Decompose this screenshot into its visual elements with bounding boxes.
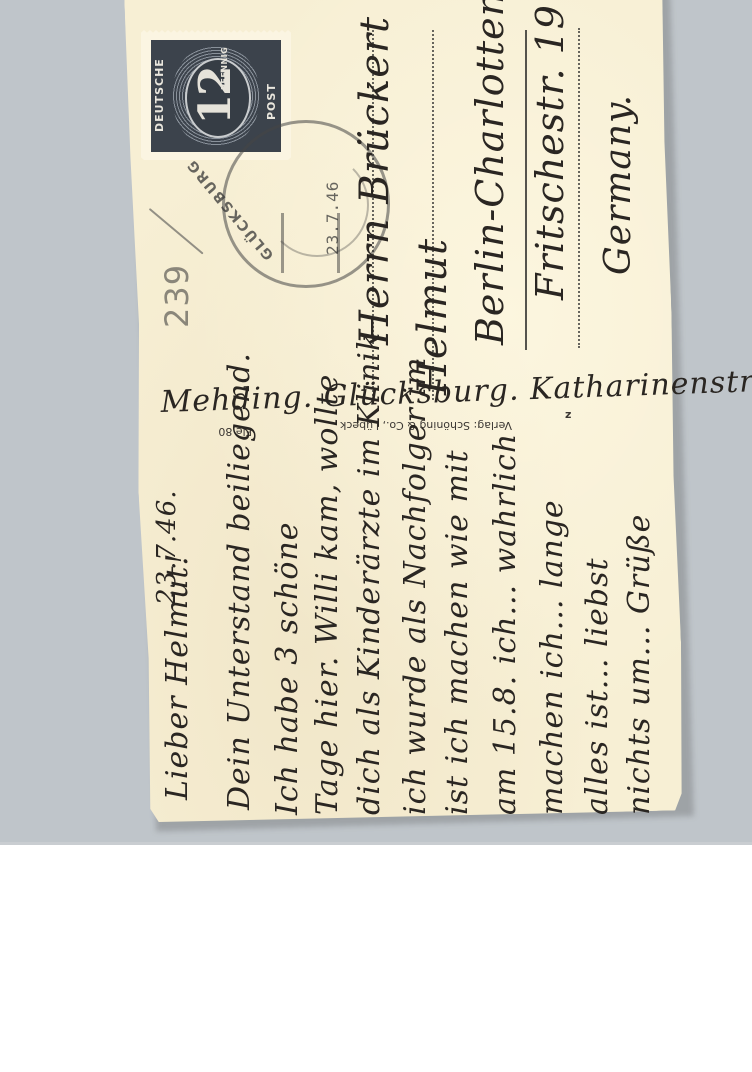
postmark-bar <box>281 213 284 273</box>
address-line-country: Germany. <box>598 94 639 275</box>
message-line: Lieber Helmut! <box>160 553 195 801</box>
message-line: Dein Unterstand beiliegend. <box>222 352 257 810</box>
message-line: ist ich machen wie mit <box>440 449 475 815</box>
message-line: Tage hier. Willi kam, wollte <box>310 374 345 815</box>
address-underline <box>525 30 527 350</box>
printed-mark: z <box>565 408 571 421</box>
stamp-post-text: POST <box>265 83 278 120</box>
address-rule <box>578 28 580 348</box>
stamp-unit: PFENNIG <box>220 47 229 90</box>
address-line-city: Berlin-Charlottenburg 5 <box>468 0 512 345</box>
pencil-number: 239 <box>158 264 196 328</box>
message-line: nichts um... Grüße <box>622 514 657 815</box>
address-line-name: Herrn Brückert <box>352 16 398 345</box>
message-line: am 15.8. ich... wahrlich <box>488 433 523 815</box>
message-line: alles ist... liebst <box>580 557 615 815</box>
message-line: ich wurde als Nachfolger im <box>398 357 433 815</box>
stamp-value: 12 <box>190 65 241 127</box>
stamp-country-text: DEUTSCHE <box>153 58 166 132</box>
message-line: Ich habe 3 schöne <box>270 522 305 816</box>
message-line: machen ich... lange <box>535 499 570 815</box>
address-line-street: Fritschestr. 19 <box>528 4 572 300</box>
postmark-date: 23.7.46 <box>323 181 342 255</box>
message-line: dich als Kinderärzte im Klinik <box>352 332 387 815</box>
